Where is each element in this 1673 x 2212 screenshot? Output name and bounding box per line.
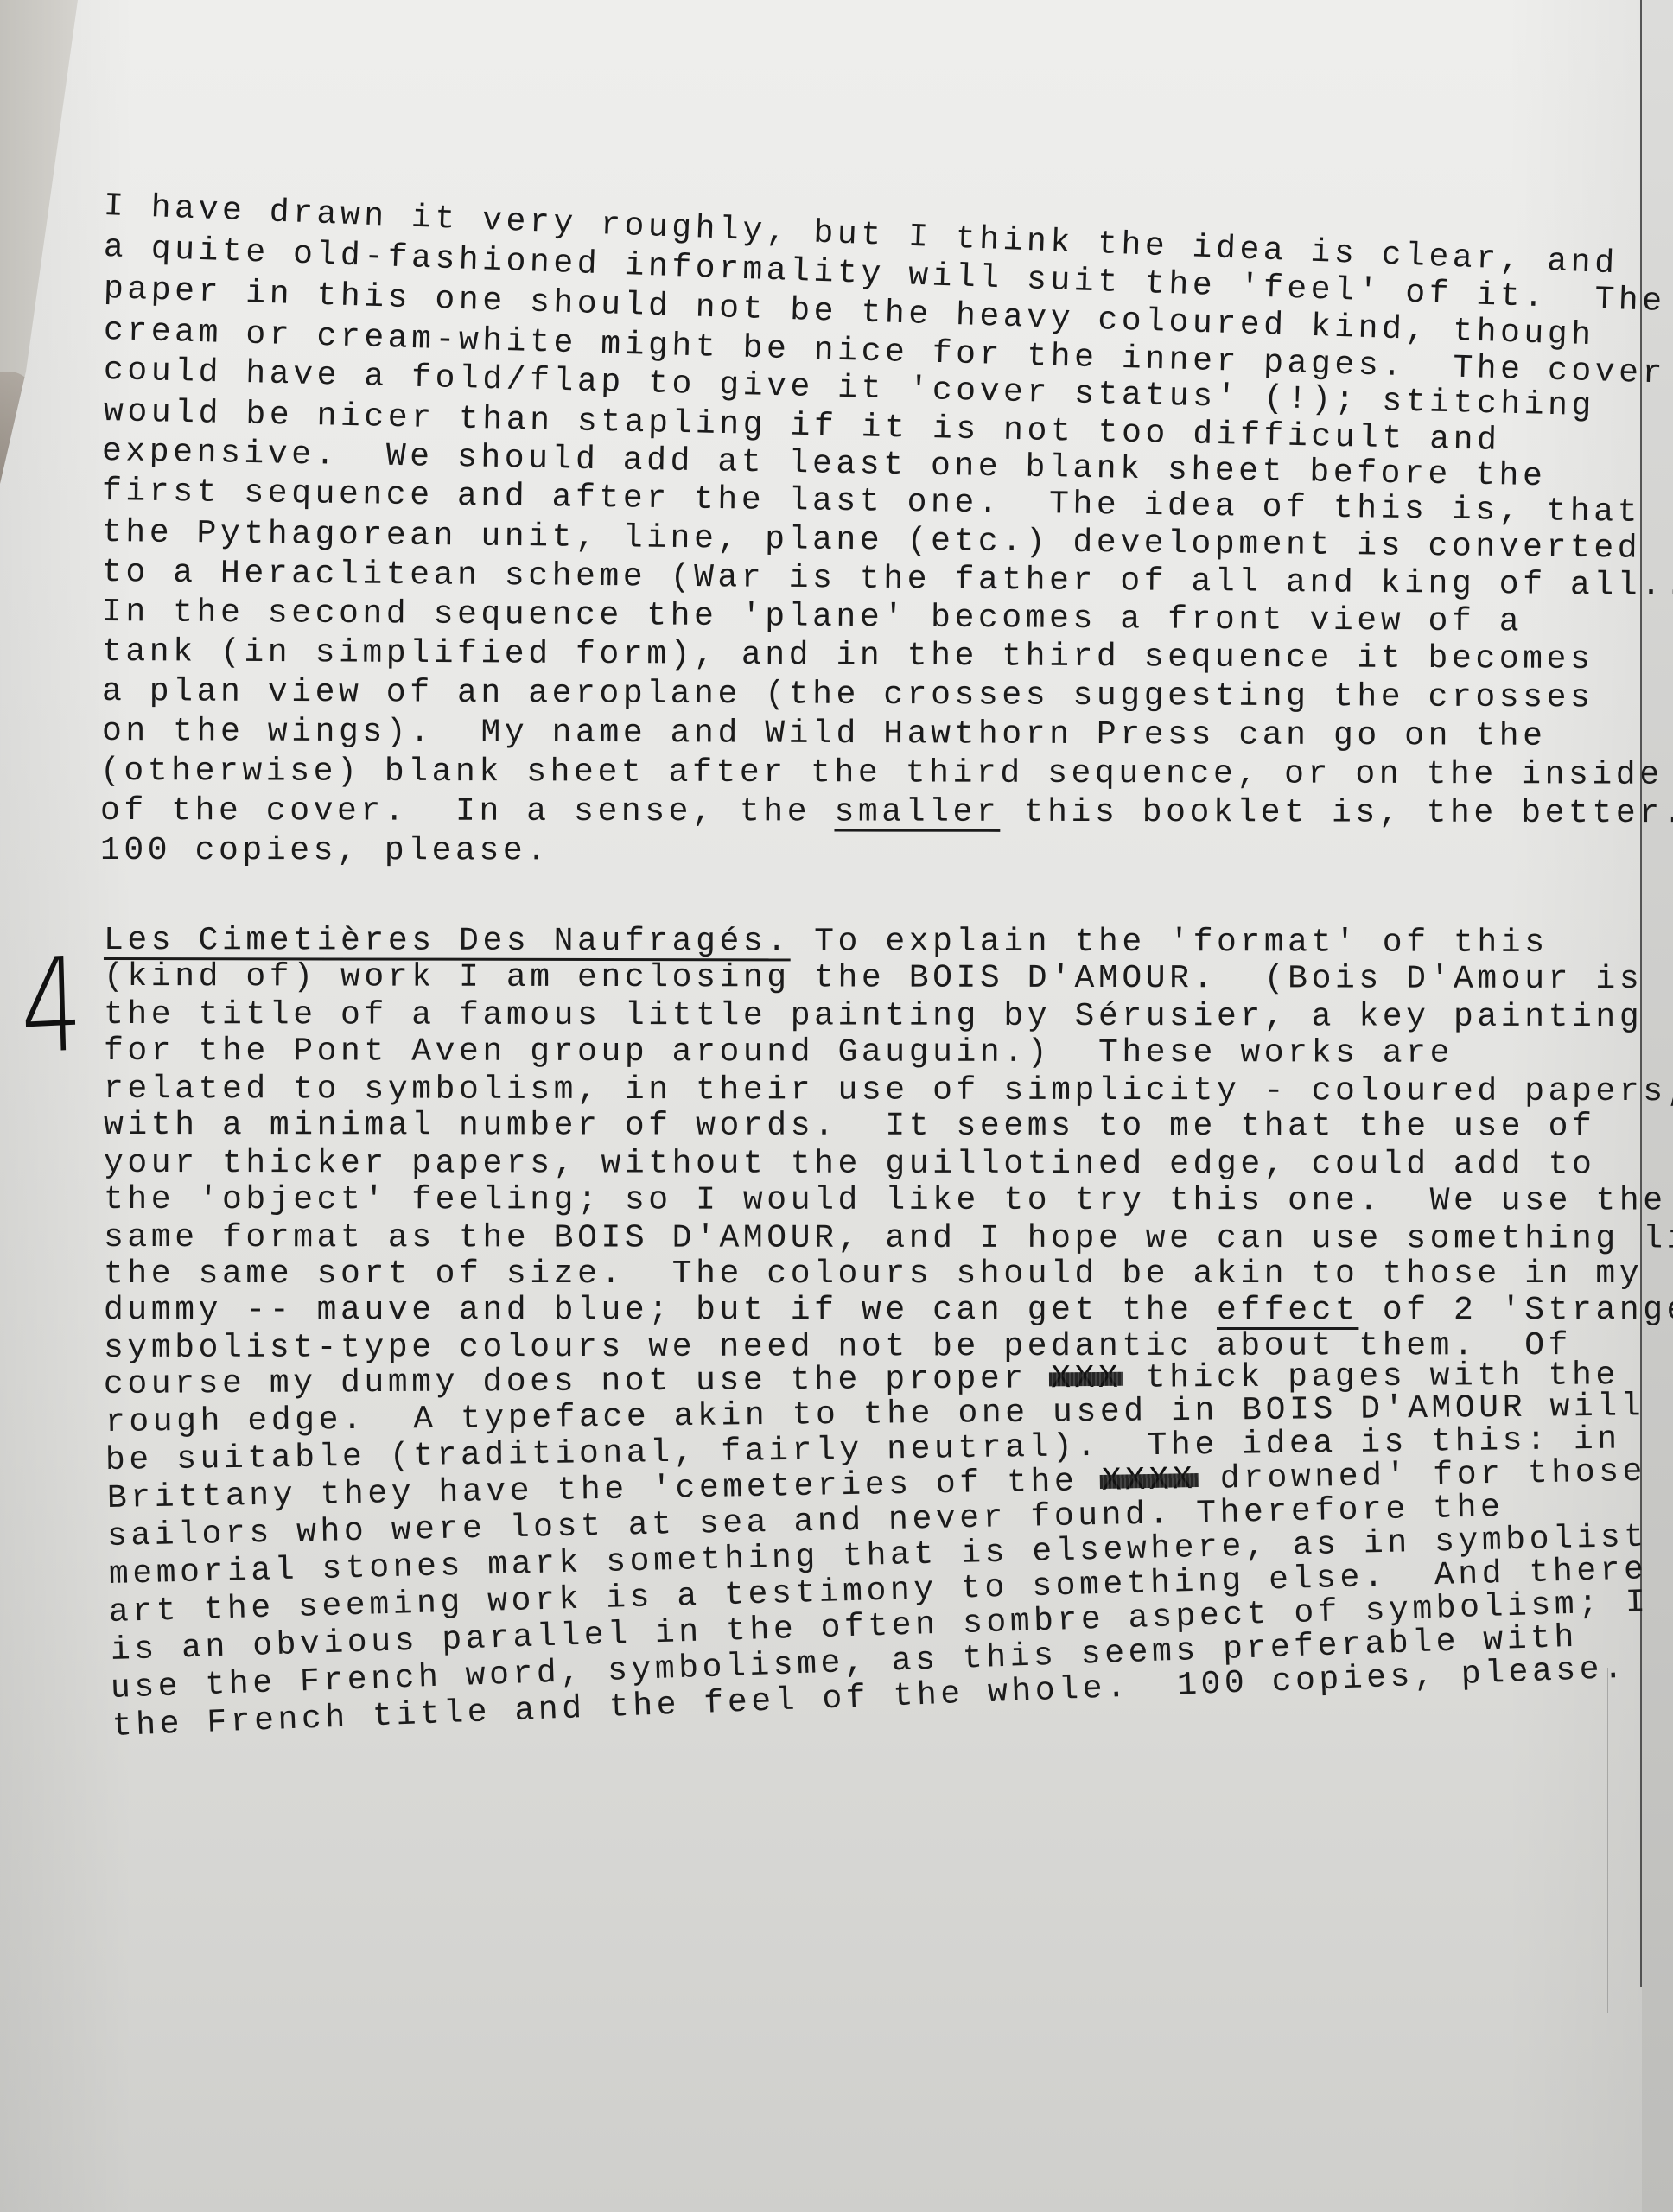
- text-line: for the Pont Aven group around Gauguin.)…: [104, 1035, 1454, 1071]
- text-line: your thicker papers, without the guillot…: [104, 1147, 1595, 1182]
- text-line: the same sort of size. The colours shoul…: [104, 1258, 1643, 1291]
- text-line: (otherwise) blank sheet after the third …: [100, 755, 1663, 792]
- text-line: same format as the BOIS D'AMOUR, and I h…: [104, 1222, 1673, 1256]
- underlined-word: smaller: [834, 793, 1000, 830]
- text-line: related to symbolism, in their use of si…: [104, 1073, 1673, 1109]
- text-line: 100 copies, please.: [100, 835, 550, 868]
- text-line: tank (in simplified form), and in the th…: [102, 636, 1594, 677]
- section-title: Les Cimetières Des Naufragés.: [104, 922, 791, 960]
- struck-out-word: XXX: [1051, 1363, 1122, 1396]
- text-line: on the wings). My name and Wild Hawthorn…: [102, 715, 1547, 753]
- text-line: with a minimal number of words. It seems…: [104, 1109, 1595, 1144]
- text-line: Les Cimetières Des Naufragés. To explain…: [104, 925, 1549, 960]
- margin-annotation-number: 4: [19, 940, 84, 1072]
- text-line: the title of a famous little painting by…: [104, 999, 1643, 1034]
- text-line: (kind of) work I am enclosing the BOIS D…: [104, 961, 1643, 996]
- page-edge-line-faint: [1607, 1668, 1608, 2013]
- text-line: the 'object' feeling; so I would like to…: [104, 1184, 1667, 1218]
- text-line: a plan view of an aeroplane (the crosses…: [102, 676, 1594, 715]
- underlined-word: effect: [1217, 1292, 1358, 1329]
- struck-out-word: XXXX: [1101, 1464, 1196, 1498]
- text-line: dummy -- mauve and blue; but if we can g…: [104, 1294, 1673, 1327]
- text-line: of the cover. In a sense, the smaller th…: [100, 795, 1673, 830]
